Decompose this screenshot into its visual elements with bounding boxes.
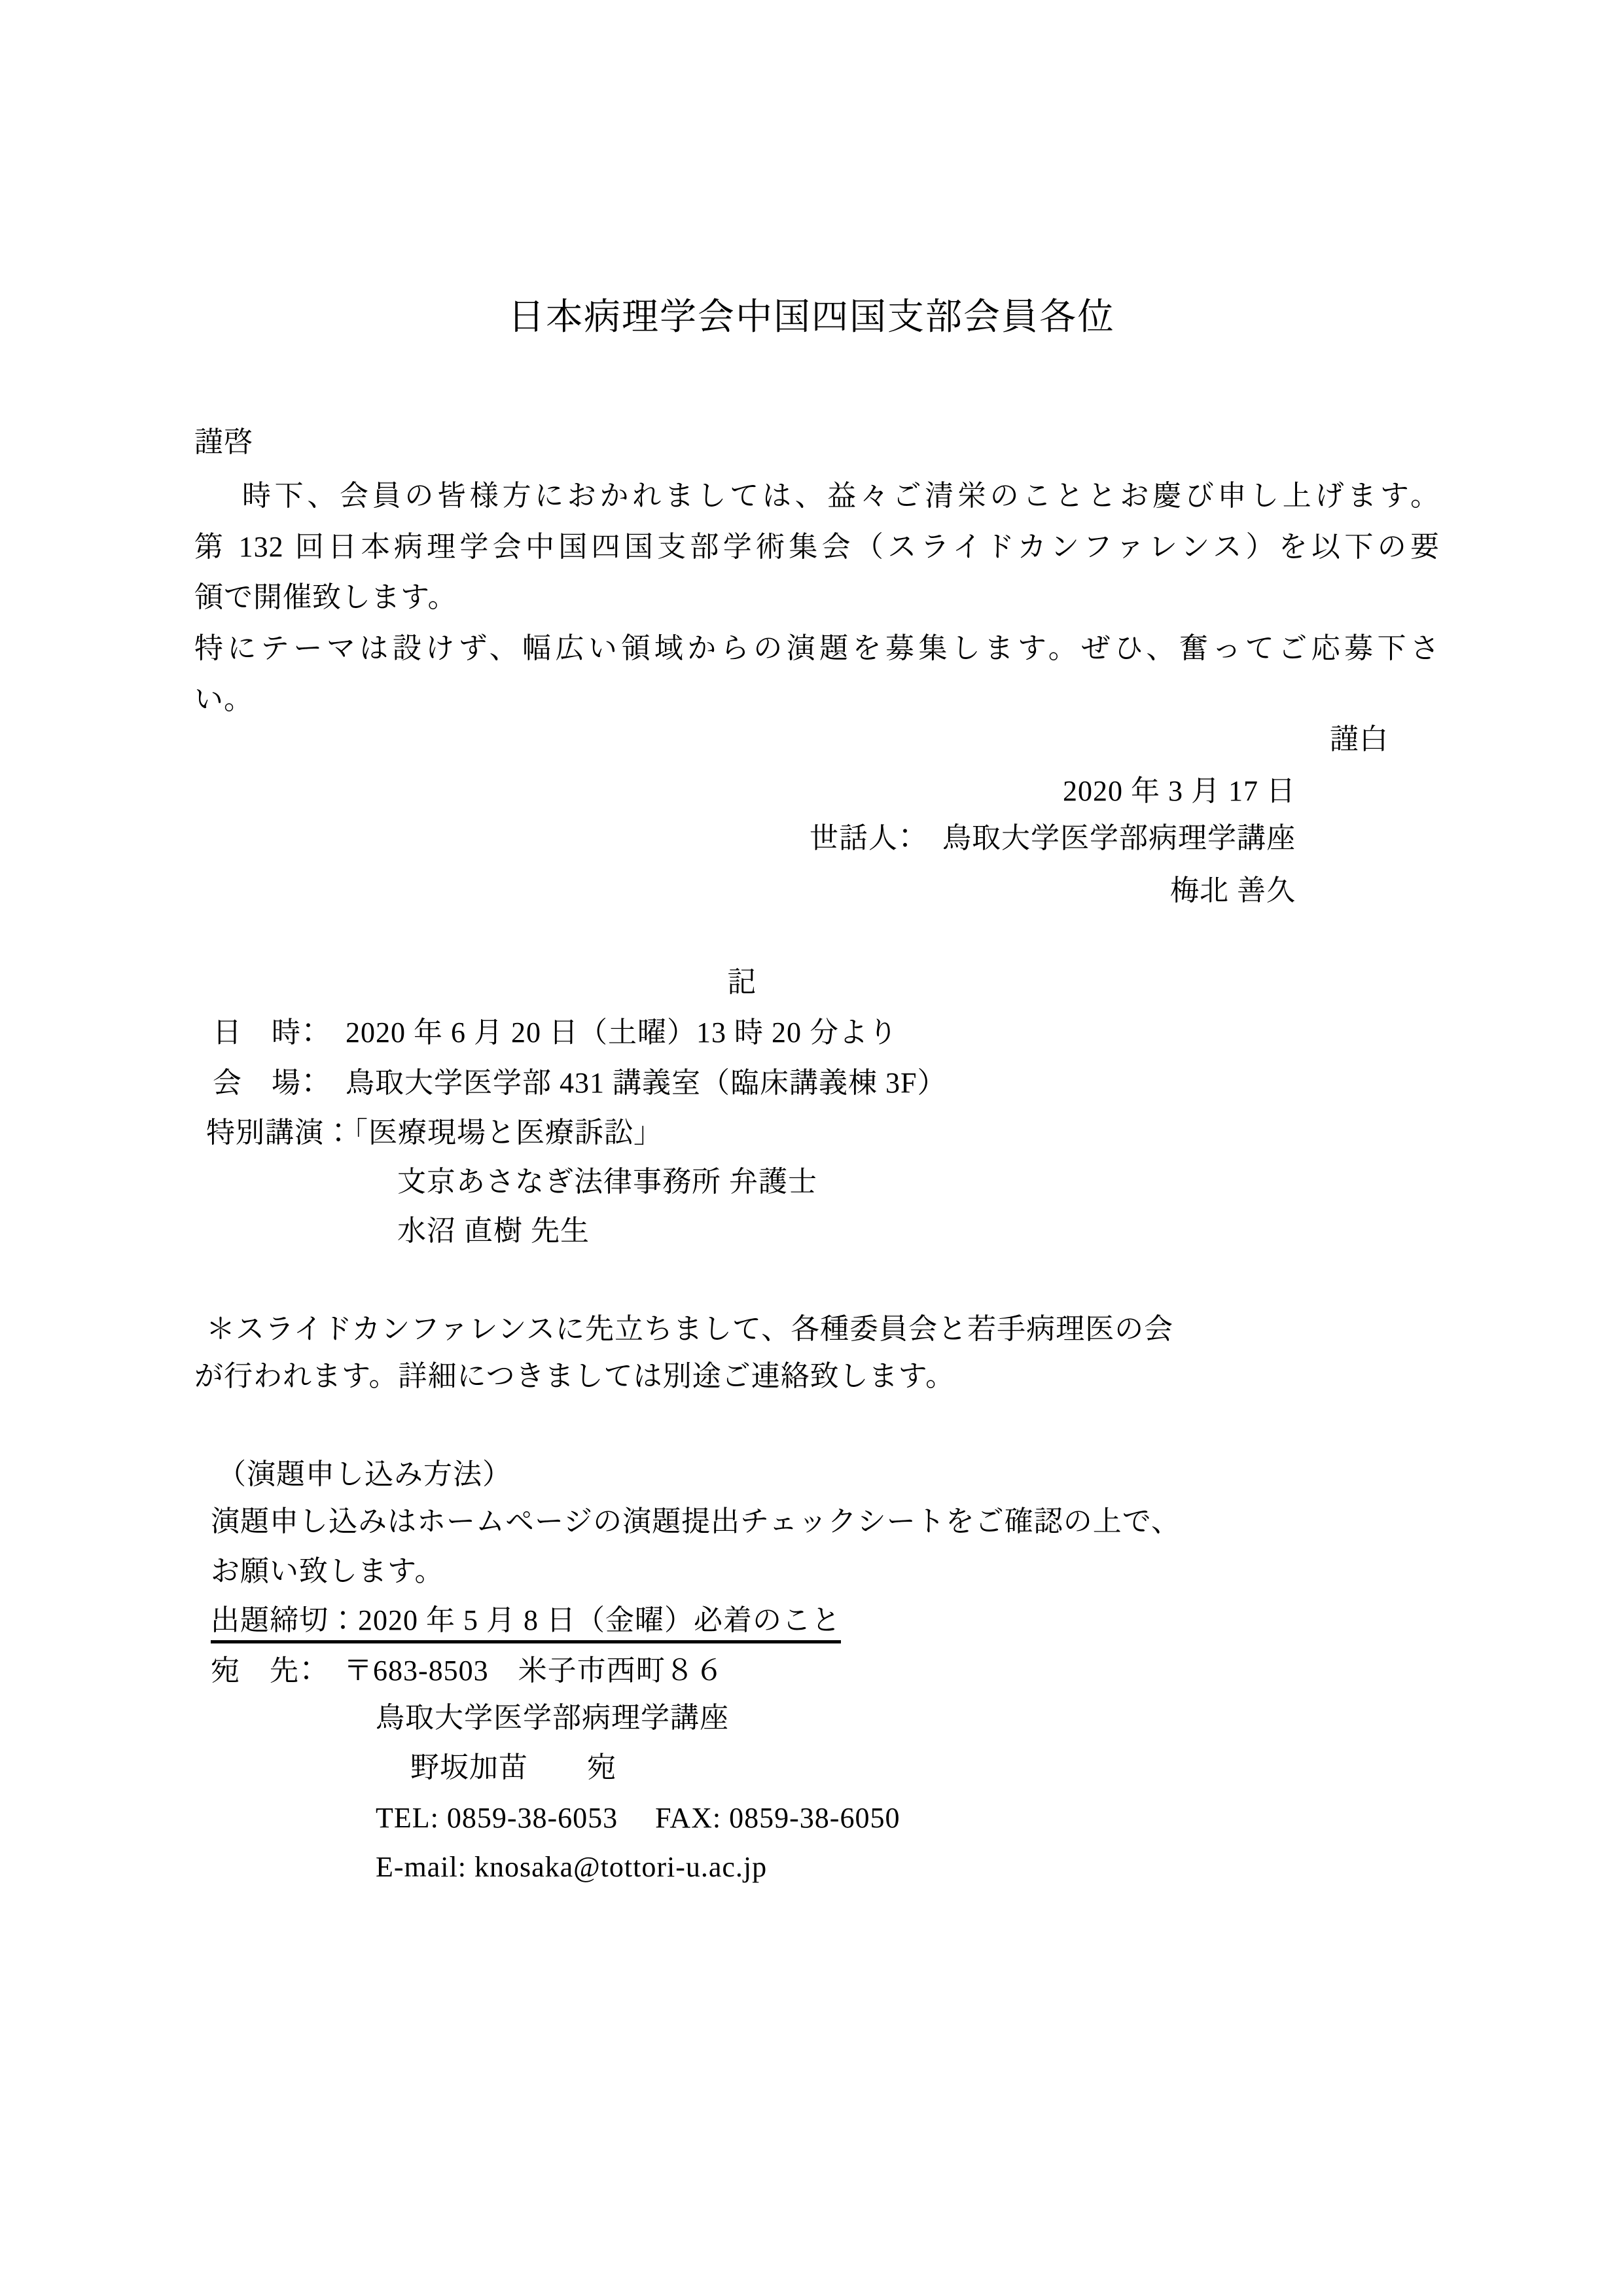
mailing-recipient: 野坂加苗 宛 (194, 1749, 1440, 1786)
tel-fax: TEL: 0859-38-6053 FAX: 0859-38-6050 (194, 1800, 1440, 1837)
body-line-5: い。 (194, 681, 1440, 718)
organizer-name: 梅北 善久 (194, 872, 1440, 909)
organizer: 世話人： 鳥取大学医学部病理学講座 (194, 820, 1440, 857)
body-line-3: 領で開催致します。 (194, 579, 1440, 616)
mailing-address: 宛 先： 〒683-8503 米子市西町８６ (194, 1653, 1440, 1689)
special-lecture-title: 特別講演：「医療現場と医療訴訟」 (194, 1115, 1440, 1151)
body-line-4: 特にテーマは設けず、幅広い領域からの演題を募集します。ぜひ、奮ってご応募下さ (194, 630, 1440, 667)
salutation: 謹啓 (194, 424, 1440, 461)
submission-deadline: 出題締切：2020 年 5 月 8 日（金曜）必着のこと (211, 1604, 841, 1643)
mailing-dept: 鳥取大学医学部病理学講座 (194, 1700, 1440, 1736)
lecturer-affiliation: 文京あさなぎ法律事務所 弁護士 (194, 1164, 1440, 1200)
letter-date: 2020 年 3 月 17 日 (194, 773, 1440, 810)
body-line-2: 第 132 回日本病理学会中国四国支部学術集会（スライドカンファレンス）を以下の… (194, 529, 1440, 565)
document-page: 日本病理学会中国四国支部会員各位 謹啓 時下、会員の皆様方におかれましては、益々… (0, 0, 1623, 2296)
lecturer-name: 水沼 直樹 先生 (194, 1213, 1440, 1249)
application-line-1: 演題申し込みはホームページの演題提出チェックシートをご確認の上で、 (194, 1503, 1440, 1540)
application-heading: （演題申し込み方法） (194, 1456, 1440, 1493)
meeting-venue: 会 場： 鳥取大学医学部 431 講義室（臨床講義棟 3F） (194, 1065, 1440, 1102)
record-heading: 記 (0, 964, 1484, 1001)
note-line-2: が行われます。詳細につきましては別途ご連絡致します。 (194, 1358, 1440, 1395)
submission-deadline-line: 出題締切：2020 年 5 月 8 日（金曜）必着のこと (194, 1602, 1440, 1639)
note-line-1: ＊スライドカンファレンスに先立ちまして、各種委員会と若手病理医の会 (194, 1311, 1440, 1348)
body-line-1: 時下、会員の皆様方におかれましては、益々ご清栄のこととお慶び申し上げます。 (194, 478, 1440, 514)
email: E-mail: knosaka@tottori-u.ac.jp (194, 1849, 1440, 1886)
addressee-title: 日本病理学会中国四国支部会員各位 (0, 296, 1623, 339)
closing-keigo: 謹白 (194, 721, 1440, 758)
application-line-2: お願い致します。 (194, 1553, 1440, 1590)
meeting-datetime: 日 時： 2020 年 6 月 20 日（土曜）13 時 20 分より (194, 1014, 1440, 1051)
